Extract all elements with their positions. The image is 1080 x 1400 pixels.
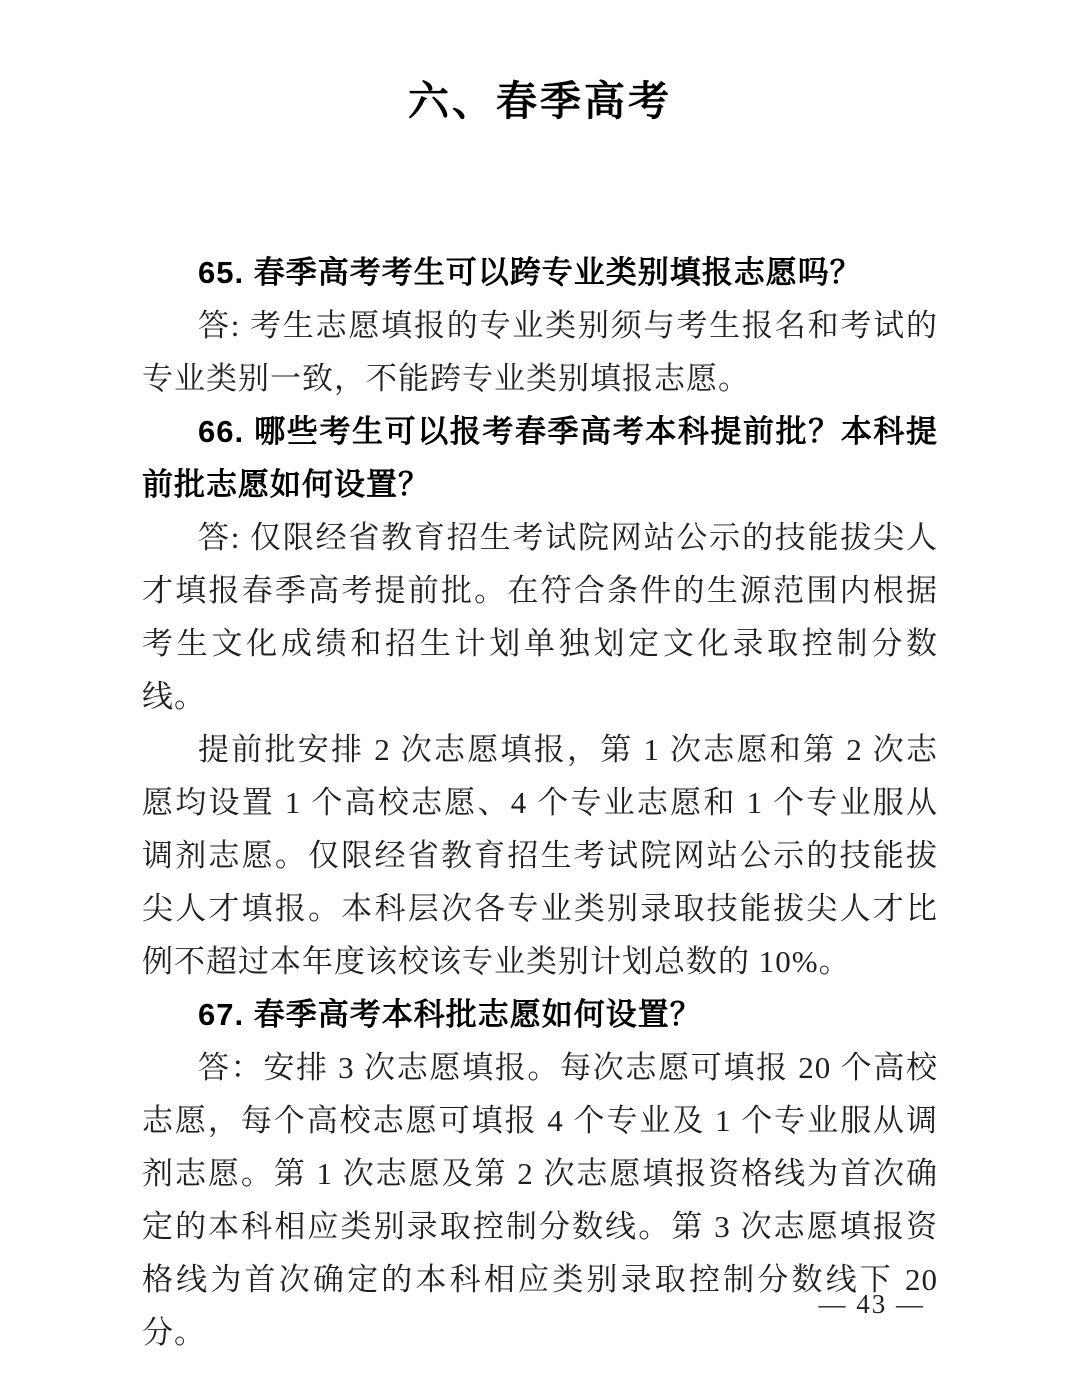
qa-item-66: 66. 哪些考生可以报考春季高考本科提前批？本科提前批志愿如何设置？ 答: 仅限… [142,405,938,988]
answer-paragraph: 答: 仅限经省教育招生考试院网站公示的技能拔尖人才填报春季高考提前批。在符合条件… [142,511,938,723]
answer-paragraph: 提前批安排 2 次志愿填报，第 1 次志愿和第 2 次志愿均设置 1 个高校志愿… [142,723,938,988]
section-title: 六、春季高考 [142,72,938,130]
document-page: 六、春季高考 65. 春季高考考生可以跨专业类别填报志愿吗？ 答: 考生志愿填报… [0,0,1080,1400]
qa-item-65: 65. 春季高考考生可以跨专业类别填报志愿吗？ 答: 考生志愿填报的专业类别须与… [142,246,938,405]
question-heading: 65. 春季高考考生可以跨专业类别填报志愿吗？ [142,246,938,299]
question-heading: 66. 哪些考生可以报考春季高考本科提前批？本科提前批志愿如何设置？ [142,405,938,511]
document-content: 六、春季高考 65. 春季高考考生可以跨专业类别填报志愿吗？ 答: 考生志愿填报… [142,72,938,1359]
page-number: — 43 — [819,1289,926,1320]
question-heading: 67. 春季高考本科批志愿如何设置？ [142,988,938,1041]
answer-paragraph: 答: 考生志愿填报的专业类别须与考生报名和考试的专业类别一致，不能跨专业类别填报… [142,299,938,405]
